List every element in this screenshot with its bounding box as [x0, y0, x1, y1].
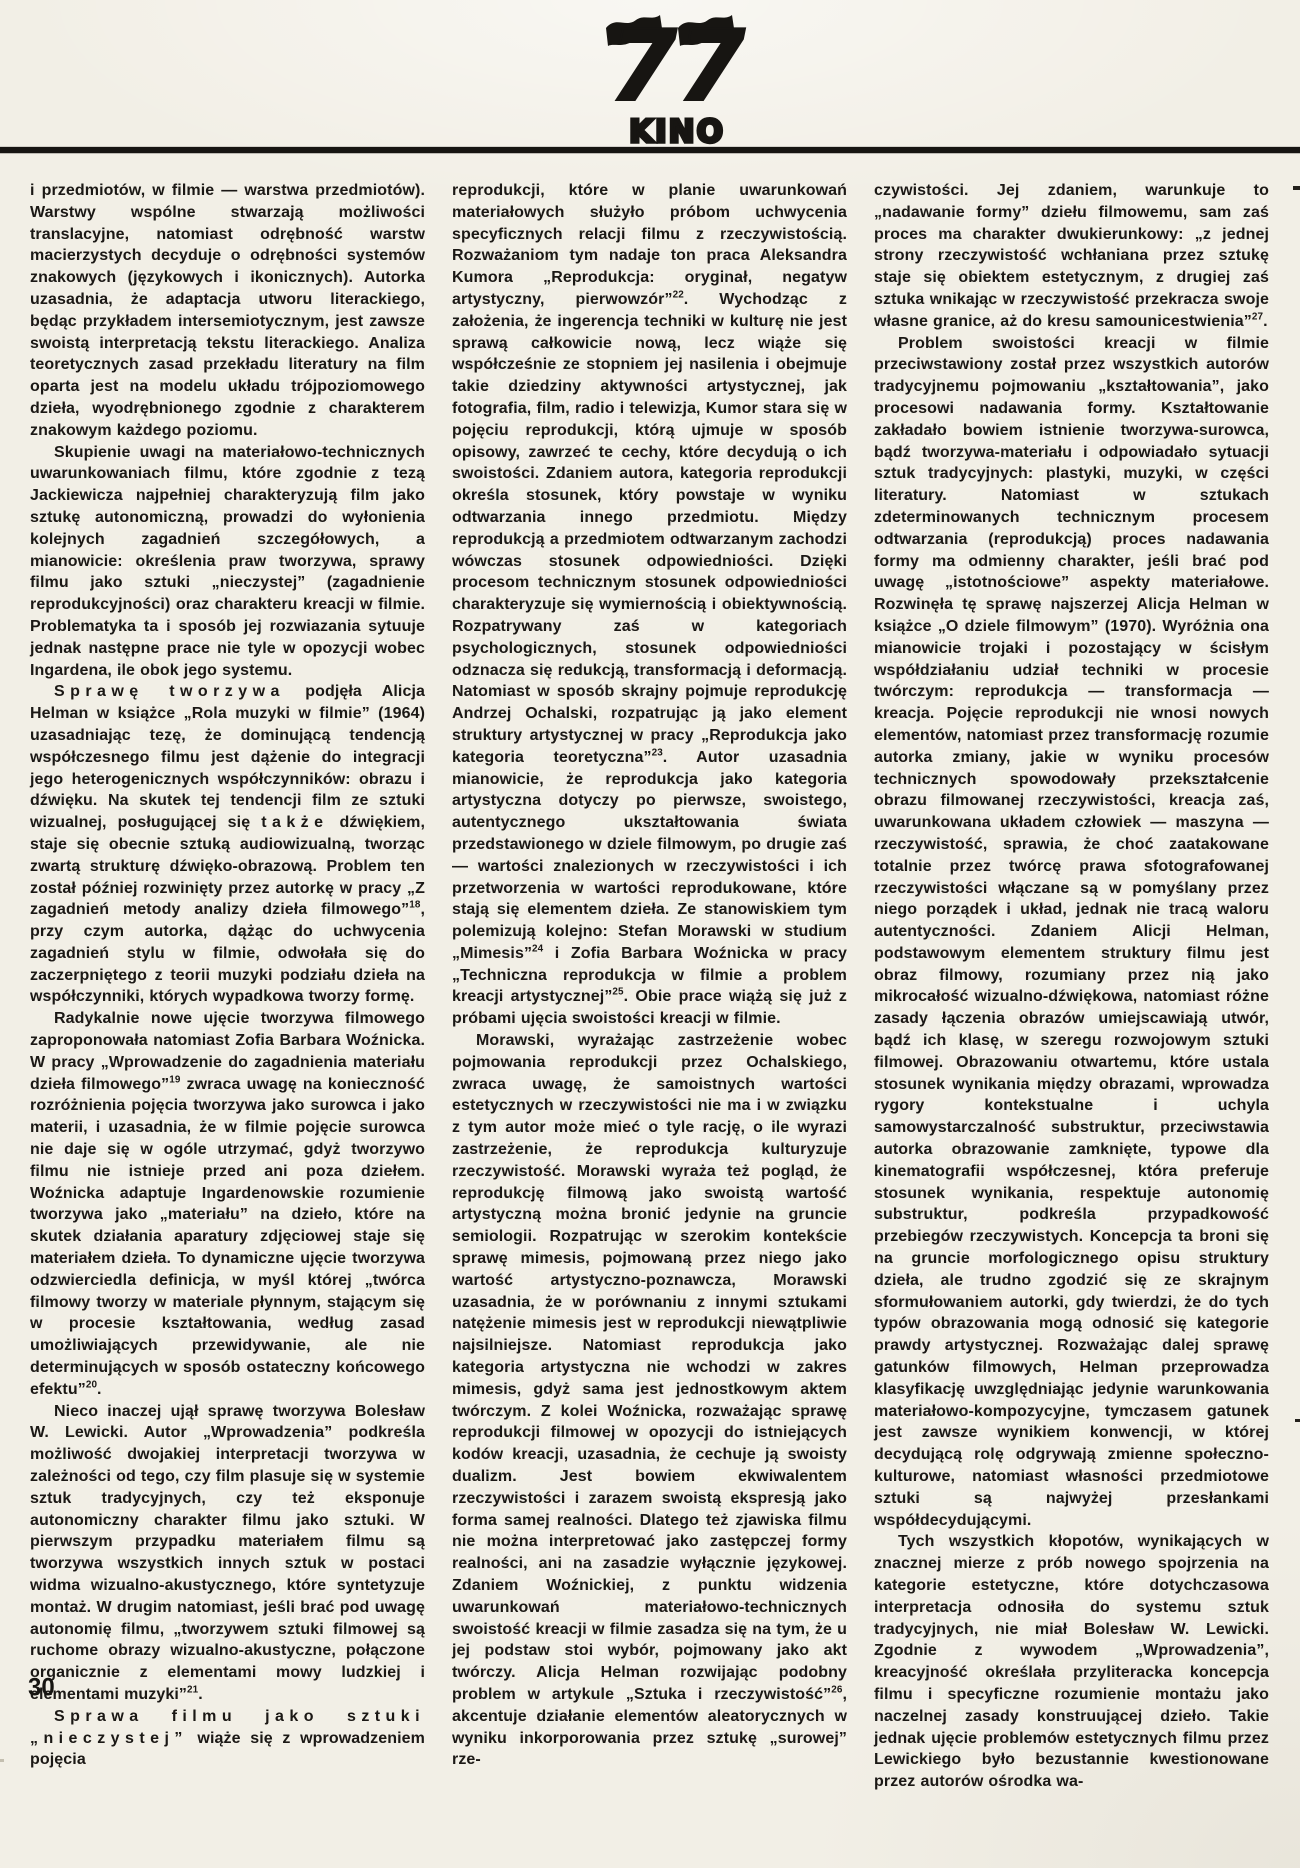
footnote-ref: 24	[532, 944, 543, 955]
letterspaced-emphasis: także	[261, 814, 328, 831]
footnote-ref: 23	[652, 747, 663, 758]
paragraph: czywistości. Jej zdaniem, warunkuje to „…	[874, 180, 1269, 333]
footnote-ref: 18	[409, 900, 420, 911]
paragraph: Problem swoistości kreacji w filmie prze…	[874, 333, 1269, 1532]
footnote-ref: 27	[1252, 311, 1263, 322]
footnote-ref: 19	[169, 1074, 180, 1085]
paragraph: Nieco inaczej ujął sprawę tworzywa Boles…	[30, 1401, 425, 1706]
article-column-2: reprodukcji, które w planie uwarunkowań …	[452, 180, 847, 1771]
paragraph: Skupienie uwagi na materiałowo-techniczn…	[30, 442, 425, 682]
footnote-ref: 20	[86, 1380, 97, 1391]
paragraph: Sprawę tworzywa podjęła Alicja Helman w …	[30, 681, 425, 1008]
top-rule	[0, 147, 1300, 153]
scan-artifact	[1293, 186, 1300, 190]
page-number: 30	[28, 1673, 55, 1702]
logo-wordmark: KINO	[629, 114, 725, 150]
article-column-1: i przedmiotów, w filmie — warstwa przedm…	[30, 180, 425, 1771]
footnote-ref: 26	[831, 1685, 842, 1696]
masthead-logo: 77 KINO	[592, 4, 762, 154]
paragraph: Sprawa filmu jako sztuki „nieczystej” wi…	[30, 1706, 425, 1771]
paragraph: Morawski, wyrażając zastrzeżenie wobec p…	[452, 1030, 847, 1771]
scan-artifact	[1295, 1419, 1300, 1422]
scan-artifact	[0, 1759, 4, 1762]
letterspaced-emphasis: Sprawa filmu jako sztuki „nieczystej”	[30, 1708, 425, 1747]
paragraph: Radykalnie nowe ujęcie tworzywa filmoweg…	[30, 1008, 425, 1400]
footnote-ref: 25	[612, 987, 623, 998]
article-column-3: czywistości. Jej zdaniem, warunkuje to „…	[874, 180, 1269, 1793]
magazine-page: 77 KINO i przedmiotów, w filmie — warstw…	[0, 0, 1300, 1868]
paragraph: i przedmiotów, w filmie — warstwa przedm…	[30, 180, 425, 442]
footnote-ref: 21	[187, 1685, 198, 1696]
footnote-ref: 22	[673, 290, 684, 301]
logo-number: 77	[609, 10, 745, 124]
paragraph: Tych wszystkich kłopotów, wynikających w…	[874, 1531, 1269, 1793]
letterspaced-emphasis: Sprawę tworzywa	[54, 683, 285, 700]
paragraph: reprodukcji, które w planie uwarunkowań …	[452, 180, 847, 1030]
article-body: i przedmiotów, w filmie — warstwa przedm…	[30, 180, 1269, 1793]
kino-77-logo-graphic: 77 KINO	[592, 4, 762, 154]
